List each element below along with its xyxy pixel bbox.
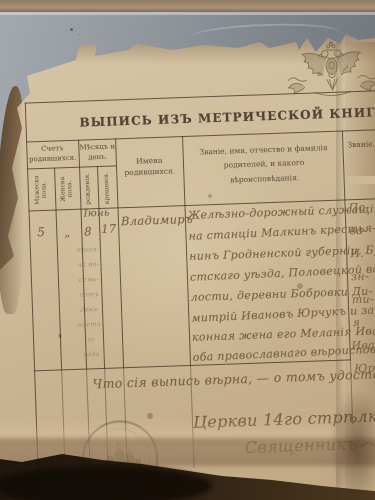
child-name: Владимиръ <box>121 212 193 229</box>
subcolumn-female: Женска пола. <box>54 170 79 209</box>
record-female-ditto: „ <box>64 226 70 239</box>
column-header-parents: Званіе, имя, отчество и фамилія родителе… <box>188 141 339 189</box>
column-header-month-day: Мѣсяцъ и день. <box>79 141 116 163</box>
photo-of-document: ВЫПИСЬ ИЗЪ МЕТРИЧЕСКОЙ КНИГИ, ЧАСТЬ ПЕРВ… <box>0 0 375 500</box>
parents-text-line: лости, деревни Бобровки Ди- <box>190 285 372 304</box>
column-header-names: Имена родившихся. <box>117 155 183 179</box>
certification-attestation: Что сія выпись вѣрна, — о томъ удостовѣр… <box>92 365 375 392</box>
record-year-note: тыся- ча во- семь- сотъ девя- носта- го … <box>60 241 120 363</box>
glass-highlight <box>0 12 375 15</box>
priest-signature: Священникъ <box>245 432 375 457</box>
record-baptism-day: 17 <box>101 221 117 236</box>
column-header-godparents: Званіе, имя, отчество и фамилія воспріем… <box>347 137 375 151</box>
record-entry-number: 5 <box>37 225 45 239</box>
godparents-fragment: я <box>352 316 360 329</box>
subcolumn-birth: рожденія. <box>80 169 97 208</box>
record-birth-day: 8 <box>84 224 92 238</box>
record-month: Іюнь <box>83 208 109 220</box>
godparents-fragment: По- <box>348 201 369 215</box>
godparents-fragment: зн- <box>351 270 369 284</box>
glass-reflection <box>190 21 341 48</box>
page-title: ВЫПИСЬ ИЗЪ МЕТРИЧЕСКОЙ КНИГИ, ЧАСТЬ ПЕРВ… <box>79 100 375 130</box>
page-content: ВЫПИСЬ ИЗЪ МЕТРИЧЕСКОЙ КНИГИ, ЧАСТЬ ПЕРВ… <box>0 0 375 500</box>
godparents-fragment: Ивана <box>351 338 375 352</box>
parents-text-line: на станціи Малкинъ крестья- <box>188 221 375 243</box>
godparents-fragment: ти- <box>352 293 375 307</box>
parents-text-line: конная жена его Меланія Иванова, <box>192 323 375 344</box>
grid-line <box>61 369 66 472</box>
church-seal-stamp <box>72 410 169 500</box>
godparents-fragment: ва- <box>349 224 367 238</box>
subcolumn-baptism: крещенія. <box>98 168 116 207</box>
column-header-count: Счетъ родившихся. <box>27 143 78 165</box>
surface-specks <box>70 28 73 31</box>
parents-text-line: Желѣзно-дорожный служащій <box>188 202 375 222</box>
desk-edge <box>0 0 375 12</box>
subcolumn-male: Мужеска пола. <box>28 171 54 210</box>
document-page: ВЫПИСЬ ИЗЪ МЕТРИЧЕСКОЙ КНИГИ, ЧАСТЬ ПЕРВ… <box>0 34 375 500</box>
parents-text-line: митрій Ивановъ Юрчукъ и за- <box>191 303 375 324</box>
godparents-fragment: И. <box>350 247 364 260</box>
signature-flourish-icon <box>360 436 375 452</box>
certification-church-line: Церкви 14го стрѣлковаго <box>193 405 375 432</box>
parents-text-line: оба православнаго вѣроисповѣданія <box>192 341 375 364</box>
imperial-double-eagle-icon <box>285 37 375 104</box>
